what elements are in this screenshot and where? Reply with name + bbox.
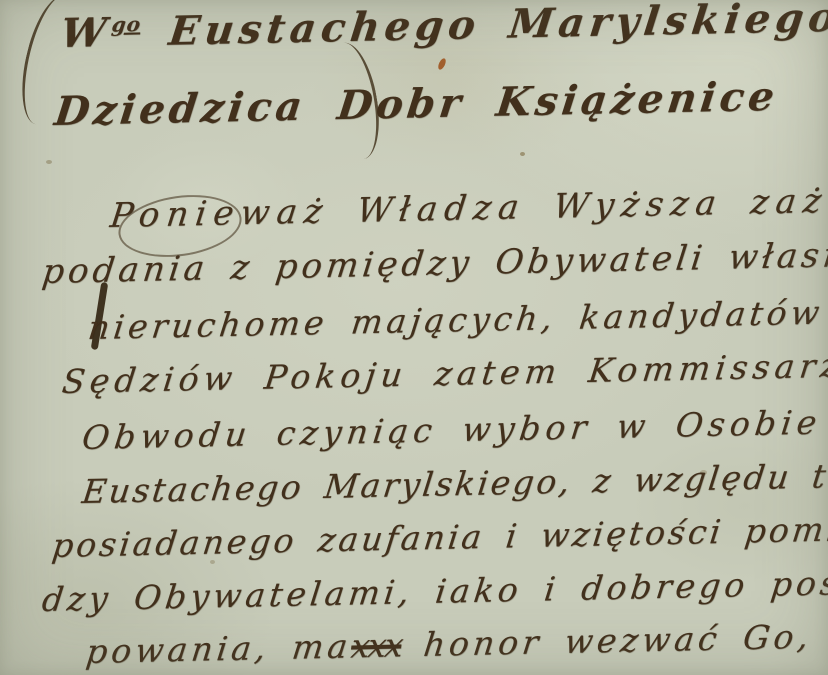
manuscript-line-8: Eustachego Marylskiego, z względu tak [80, 455, 828, 511]
paper-speck [520, 152, 525, 156]
manuscript-line-7: Obwodu czyniąc wybor w Osobie Wgo [80, 401, 828, 457]
manuscript-line-2: Dziedzica Dobr Książenice [52, 73, 781, 135]
manuscript-line-6: Sędziów Pokoju zatem Kommissarz [60, 346, 828, 401]
body-text: Eustachego Marylskiego, z względu tak [80, 455, 828, 511]
body-text: powania, ma [84, 626, 354, 671]
manuscript-line-9: posiadanego zaufania i wziętości pomię [50, 509, 828, 565]
body-text: Sędziów Pokoju zatem Kommissarz [60, 346, 828, 401]
estate-title: Dziedzica Dobr Książenice [52, 73, 781, 135]
person-name: Eustachego Marylskiego [137, 0, 828, 55]
manuscript-line-11: powania, maxxx honor wezwać Go, w tym [84, 614, 828, 671]
superscript-abbrev: go [110, 12, 142, 37]
body-text: posiadanego zaufania i wziętości pomię [50, 509, 828, 565]
manuscript-line-1: Wgo Eustachego Marylskiego [58, 0, 828, 57]
crossed-out-text: xxx [349, 625, 404, 665]
body-text: dzy Obywatelami, iako i dobrego postę [40, 562, 828, 619]
body-text: podania z pomiędzy Obywateli własność [40, 234, 828, 292]
manuscript-page: Wgo Eustachego Marylskiego Dziedzica Dob… [0, 0, 828, 675]
body-text: honor wezwać Go, w tym [399, 614, 828, 665]
body-text: Ponieważ Władza Wyższa zażądała [108, 178, 828, 236]
manuscript-line-4: podania z pomiędzy Obywateli własność [40, 234, 828, 292]
honorific-abbrev: W [58, 9, 114, 57]
paper-speck [437, 57, 448, 70]
manuscript-line-5: nieruchome mających, kandydatów na [86, 291, 828, 347]
paper-speck [46, 160, 52, 164]
manuscript-line-3: Ponieważ Władza Wyższa zażądała [108, 178, 828, 236]
manuscript-line-10: dzy Obywatelami, iako i dobrego postę [40, 562, 828, 619]
body-text: nieruchome mających, kandydatów na [86, 291, 828, 347]
body-text: Obwodu czyniąc wybor w Osobie W [80, 401, 828, 457]
